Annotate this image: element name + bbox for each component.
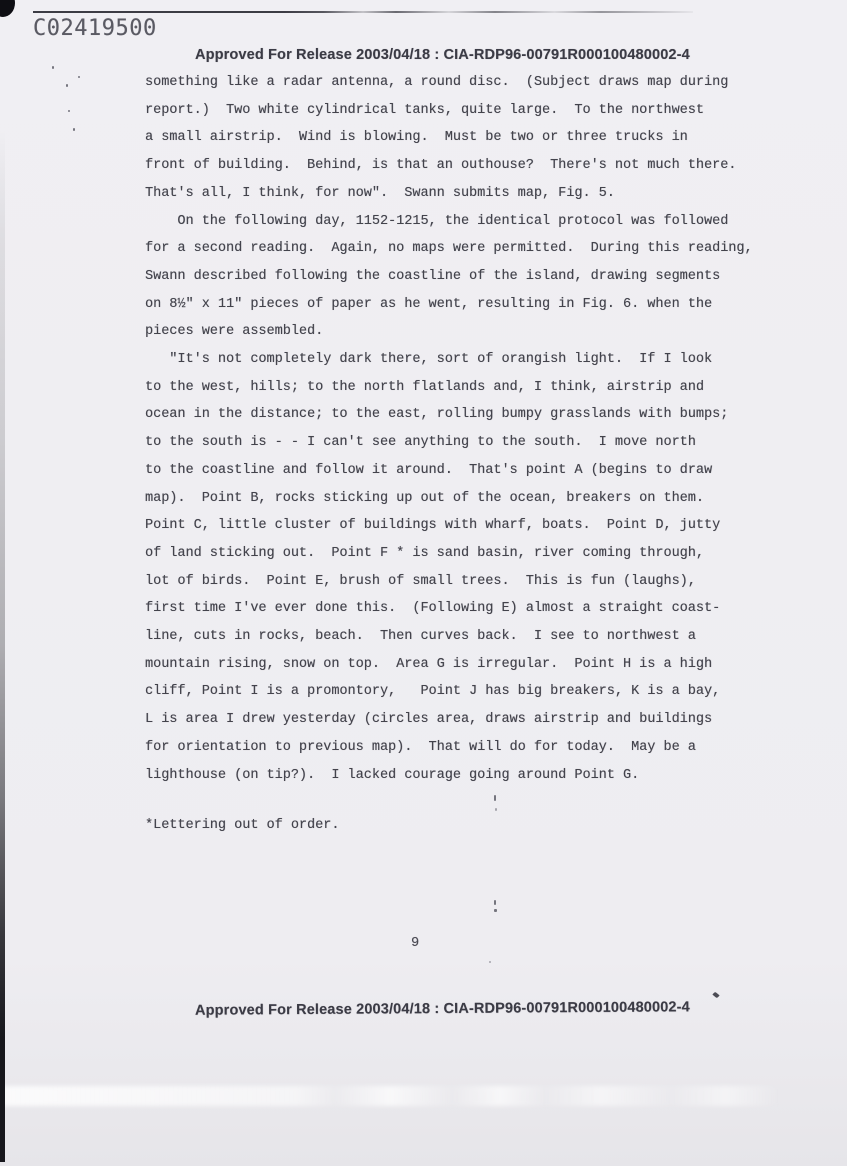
page-number: 9 bbox=[411, 936, 419, 951]
body-line: front of building. Behind, is that an ou… bbox=[145, 152, 753, 180]
scan-edge-shadow bbox=[0, 130, 5, 1162]
body-line: line, cuts in rocks, beach. Then curves … bbox=[145, 623, 753, 651]
document-page: C02419500 Approved For Release 2003/04/1… bbox=[0, 0, 847, 1166]
body-line: mountain rising, snow on top. Area G is … bbox=[145, 651, 753, 679]
body-line: of land sticking out. Point F * is sand … bbox=[145, 540, 753, 568]
footnote: *Lettering out of order. bbox=[145, 818, 339, 833]
scan-speckle bbox=[494, 900, 496, 905]
body-line: L is area I drew yesterday (circles area… bbox=[145, 706, 753, 734]
body-line: to the south is - - I can't see anything… bbox=[145, 429, 753, 457]
scan-speckle bbox=[73, 128, 75, 131]
body-line: on 8½" x 11" pieces of paper as he went,… bbox=[145, 291, 753, 319]
scan-speckle bbox=[494, 795, 496, 801]
scan-speckle bbox=[52, 66, 54, 69]
body-line: to the west, hills; to the north flatlan… bbox=[145, 374, 753, 402]
body-line: That's all, I think, for now". Swann sub… bbox=[145, 180, 753, 208]
body-line: something like a radar antenna, a round … bbox=[145, 69, 753, 97]
body-line: first time I've ever done this. (Followi… bbox=[145, 595, 753, 623]
body-line: cliff, Point I is a promontory, Point J … bbox=[145, 678, 753, 706]
body-line: ocean in the distance; to the east, roll… bbox=[145, 401, 753, 429]
scanner-light-streak bbox=[0, 1086, 780, 1106]
body-line: report.) Two white cylindrical tanks, qu… bbox=[145, 97, 753, 125]
approved-for-release-footer: Approved For Release 2003/04/18 : CIA-RD… bbox=[195, 999, 690, 1018]
body-line: a small airstrip. Wind is blowing. Must … bbox=[145, 124, 753, 152]
body-line: pieces were assembled. bbox=[145, 318, 753, 346]
body-line: for orientation to previous map). That w… bbox=[145, 734, 753, 762]
scan-speckle bbox=[494, 909, 497, 912]
body-line: lighthouse (on tip?). I lacked courage g… bbox=[145, 762, 753, 790]
scan-speckle bbox=[68, 110, 70, 112]
body-line: for a second reading. Again, no maps wer… bbox=[145, 235, 753, 263]
body-text: something like a radar antenna, a round … bbox=[145, 69, 753, 789]
scan-corner-artifact bbox=[0, 0, 15, 17]
body-line: Swann described following the coastline … bbox=[145, 263, 753, 291]
scan-speckle bbox=[495, 808, 497, 811]
scan-speckle bbox=[489, 961, 491, 963]
document-id: C02419500 bbox=[33, 16, 157, 41]
body-line: On the following day, 1152-1215, the ide… bbox=[145, 208, 753, 236]
body-line: to the coastline and follow it around. T… bbox=[145, 457, 753, 485]
approved-for-release-header: Approved For Release 2003/04/18 : CIA-RD… bbox=[195, 47, 690, 63]
body-line: "It's not completely dark there, sort of… bbox=[145, 346, 753, 374]
body-line: lot of birds. Point E, brush of small tr… bbox=[145, 568, 753, 596]
body-line: Point C, little cluster of buildings wit… bbox=[145, 512, 753, 540]
body-line: map). Point B, rocks sticking up out of … bbox=[145, 485, 753, 513]
scan-speckle bbox=[712, 992, 719, 999]
scan-speckle bbox=[78, 76, 80, 78]
top-rule-line bbox=[33, 11, 693, 13]
scan-speckle bbox=[66, 84, 68, 87]
